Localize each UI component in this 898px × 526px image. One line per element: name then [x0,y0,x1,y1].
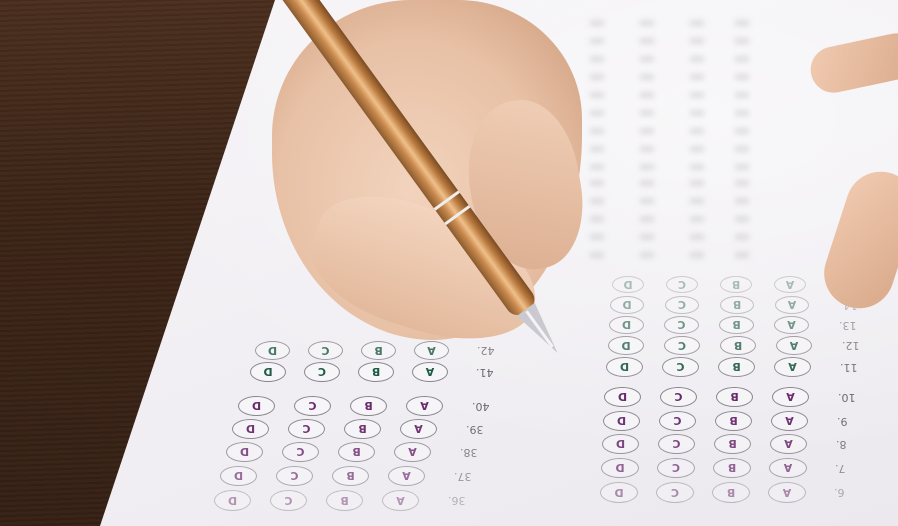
answer-row: DCBA38. [226,442,478,462]
question-number: 13. [839,319,857,332]
question-number: 40. [472,400,490,413]
answer-bubble-a[interactable]: A [775,296,809,314]
question-number: 39. [466,423,484,436]
answer-bubble-b[interactable]: B [350,396,387,416]
answer-bubble-b[interactable]: B [361,341,396,360]
answer-row: DCBA13. [609,316,857,334]
answer-bubble-c[interactable]: C [656,482,694,503]
answer-row: DCBA11. [606,357,858,377]
answer-bubble-c[interactable]: C [657,458,695,478]
answer-bubble-b[interactable]: B [712,482,750,503]
answer-bubble-a[interactable]: A [412,362,448,382]
answer-bubble-a[interactable]: A [382,490,419,511]
question-number: 38. [460,446,478,459]
answer-bubble-d[interactable]: D [603,411,640,431]
answer-bubble-a[interactable]: A [774,276,806,293]
answer-bubble-b[interactable]: B [713,458,751,478]
answer-bubble-b[interactable]: B [332,466,369,486]
answer-row: DCBA14. [610,296,858,314]
question-number: 11. [840,361,858,374]
answer-bubble-b[interactable]: B [344,419,381,439]
answer-bubble-a[interactable]: A [394,442,431,462]
answer-bubble-c[interactable]: C [658,434,695,454]
answer-bubble-b[interactable]: B [716,387,753,407]
answer-row: DCBA41. [250,362,494,382]
question-number: 42. [477,344,495,357]
answer-row: DCBA10. [604,387,856,407]
answer-bubble-c[interactable]: C [308,341,343,360]
answer-row: DCBA42. [255,341,495,360]
answer-bubble-c[interactable]: C [664,316,699,334]
question-number: 12. [842,339,860,352]
question-number: 7. [835,462,846,475]
answer-bubble-a[interactable]: A [388,466,425,486]
answer-bubble-c[interactable]: C [276,466,313,486]
answer-bubble-d[interactable]: D [255,341,290,360]
question-number: 36. [448,494,466,507]
answer-bubble-b[interactable]: B [720,276,752,293]
answer-bubble-d[interactable]: D [220,466,257,486]
answer-bubble-a[interactable]: A [770,434,807,454]
answer-bubble-a[interactable]: A [774,316,809,334]
answer-bubble-c[interactable]: C [665,296,699,314]
answer-row: DCBA9. [603,411,848,431]
answer-bubble-d[interactable]: D [612,276,644,293]
answer-bubble-d[interactable]: D [606,357,643,377]
answer-bubble-c[interactable]: C [294,396,331,416]
answer-row: DCBA7. [601,458,846,478]
answer-row: DCBA40. [238,396,490,416]
answer-row: DCBA12. [608,336,860,355]
answer-bubble-b[interactable]: B [719,316,754,334]
answer-bubble-a[interactable]: A [769,458,807,478]
answer-bubble-b[interactable]: B [358,362,394,382]
answer-row: DCBA8. [602,434,847,454]
question-number: 8. [836,438,847,451]
answer-bubble-b[interactable]: B [720,296,754,314]
answer-row: DCBA15. [612,276,856,293]
answer-bubble-a[interactable]: A [771,411,808,431]
answer-row: DCBA39. [232,419,484,439]
answer-bubble-b[interactable]: B [338,442,375,462]
question-number: 6. [834,486,845,499]
answer-bubble-d[interactable]: D [601,458,639,478]
question-number: 10. [838,391,856,404]
answer-bubble-d[interactable]: D [600,482,638,503]
answer-bubble-a[interactable]: A [774,357,811,377]
answer-bubble-d[interactable]: D [610,296,644,314]
pen-ring [434,191,460,211]
answer-bubble-c[interactable]: C [664,336,700,355]
answer-bubble-b[interactable]: B [718,357,755,377]
answer-bubble-d[interactable]: D [609,316,644,334]
answer-bubble-b[interactable]: B [715,411,752,431]
answer-bubble-a[interactable]: A [776,336,812,355]
answer-bubble-d[interactable]: D [602,434,639,454]
answer-bubble-b[interactable]: B [326,490,363,511]
answer-bubble-d[interactable]: D [250,362,286,382]
question-number: 41. [476,366,494,379]
pen-ring [444,205,470,225]
answer-bubble-c[interactable]: C [662,357,699,377]
answer-bubble-a[interactable]: A [414,341,449,360]
answer-bubble-a[interactable]: A [772,387,809,407]
answer-bubble-a[interactable]: A [400,419,437,439]
answer-bubble-b[interactable]: B [720,336,756,355]
answer-bubble-c[interactable]: C [270,490,307,511]
answer-bubble-c[interactable]: C [282,442,319,462]
answer-bubble-d[interactable]: D [232,419,269,439]
answer-bubble-a[interactable]: A [768,482,806,503]
question-number: 9. [837,415,848,428]
answer-bubble-d[interactable]: D [214,490,251,511]
answer-bubble-c[interactable]: C [288,419,325,439]
question-number: 37. [454,470,472,483]
answer-row: DCBA37. [220,466,472,486]
answer-bubble-c[interactable]: C [666,276,698,293]
answer-bubble-c[interactable]: C [659,411,696,431]
answer-bubble-d[interactable]: D [604,387,641,407]
answer-bubble-d[interactable]: D [238,396,275,416]
answer-row: DCBA6. [600,482,845,503]
answer-bubble-a[interactable]: A [406,396,443,416]
answer-bubble-d[interactable]: D [226,442,263,462]
answer-bubble-b[interactable]: B [714,434,751,454]
answer-bubble-d[interactable]: D [608,336,644,355]
answer-row: DCBA36. [214,490,466,511]
answer-bubble-c[interactable]: C [304,362,340,382]
answer-bubble-c[interactable]: C [660,387,697,407]
